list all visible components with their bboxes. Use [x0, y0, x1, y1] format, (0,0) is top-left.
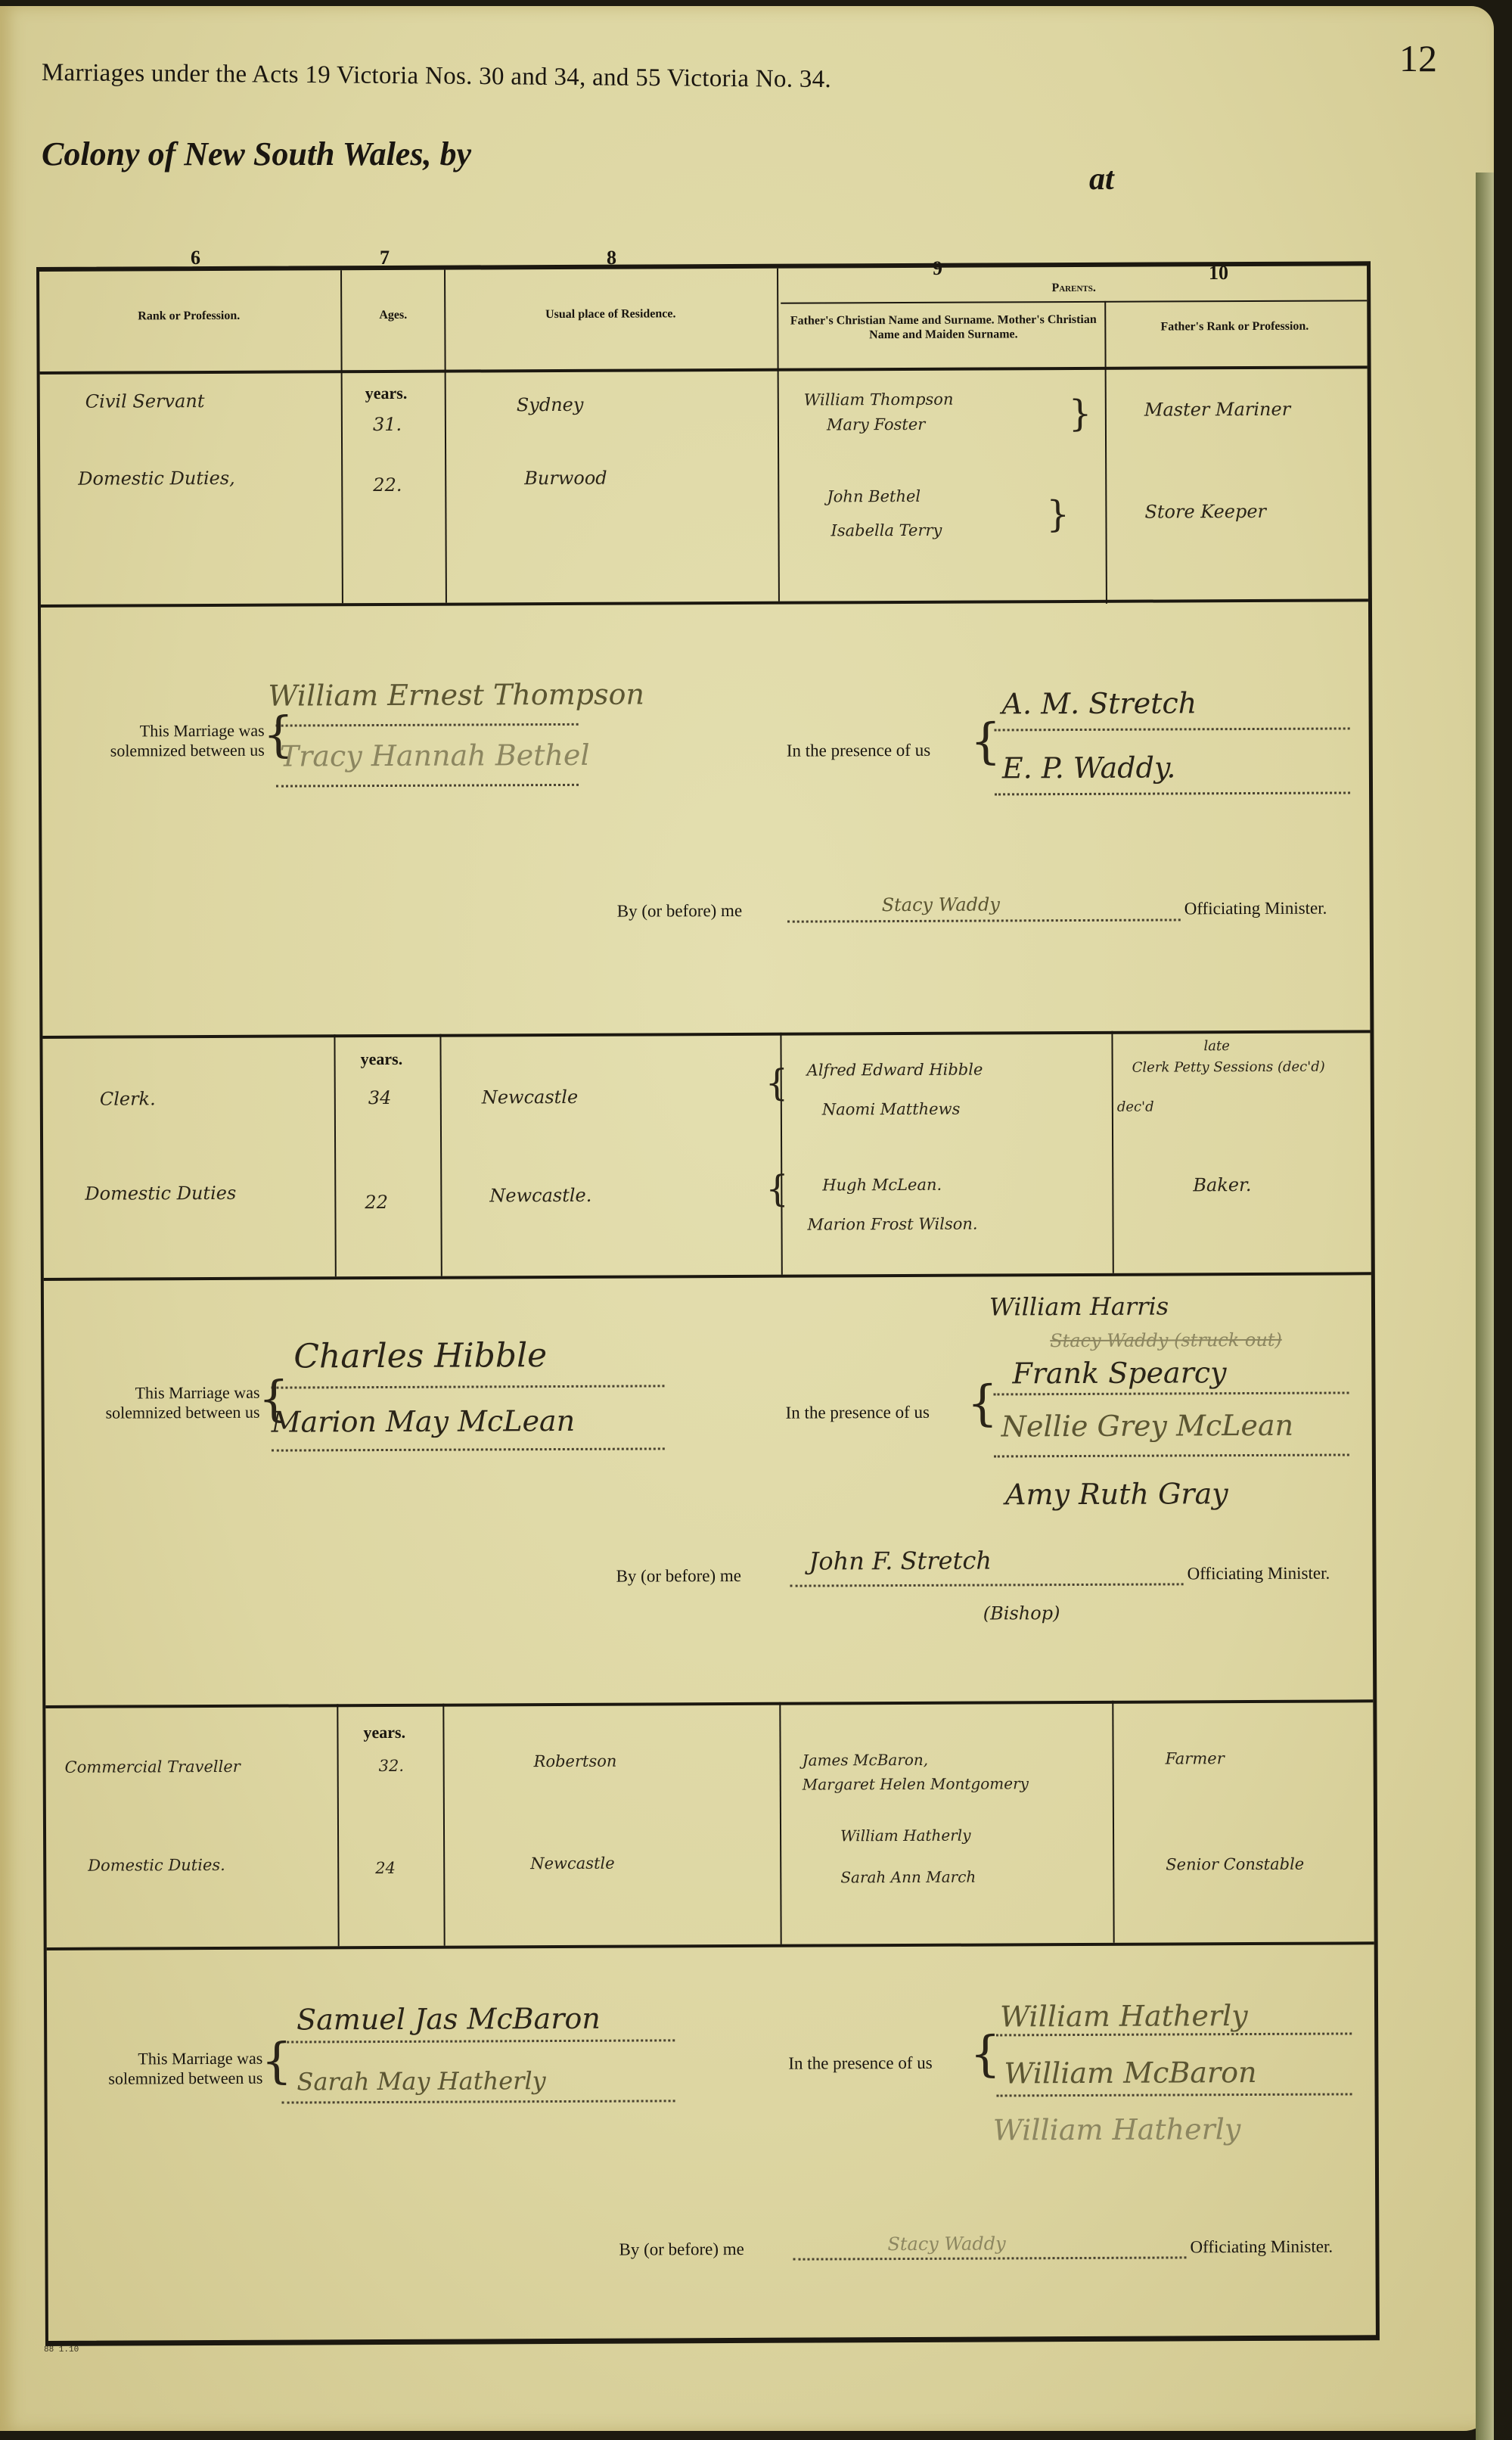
officiating-label: Officiating Minister.	[1190, 2237, 1333, 2258]
signature-line	[276, 723, 579, 727]
groom-father-rank: Master Mariner	[1144, 399, 1290, 421]
officiating-label: Officiating Minister.	[1187, 1564, 1330, 1584]
register-page: Marriages under the Acts 19 Victoria Nos…	[0, 6, 1494, 2431]
divider	[1112, 1701, 1114, 1943]
groom-residence: Sydney	[517, 394, 584, 415]
parents-brace: {	[765, 1165, 789, 1214]
signature-line	[995, 727, 1350, 731]
label-line: solemnized between us	[47, 2069, 262, 2089]
label-line: This Marriage was	[44, 1383, 259, 1403]
bride-age: 22	[365, 1192, 388, 1213]
entry-rule	[47, 1941, 1374, 1950]
minister-note: (Bishop)	[983, 1602, 1060, 1624]
solemnized-label: This Marriage was solemnized between us	[47, 2049, 262, 2089]
entry-rule	[41, 598, 1368, 608]
brace: {	[970, 717, 1001, 766]
bride-signature[interactable]: Marion May McLean	[272, 1404, 576, 1439]
groom-age: 32.	[379, 1757, 405, 1775]
bride-mother: Isabella Terry	[831, 521, 942, 540]
bride-father: John Bethel	[827, 487, 921, 506]
form-code: 88 1.10	[44, 2345, 79, 2355]
divider	[334, 1034, 336, 1276]
signature-line	[272, 1447, 665, 1451]
solemnized-label: This Marriage was solemnized between us	[44, 1383, 259, 1423]
groom-signature[interactable]: Charles Hibble	[293, 1336, 547, 1375]
groom-father-rank: Farmer	[1166, 1749, 1225, 1767]
father-rank-note: late	[1203, 1038, 1229, 1054]
years-label: years.	[363, 1723, 405, 1742]
divider	[777, 269, 780, 601]
years-label: years.	[361, 1049, 403, 1069]
brace: {	[261, 2037, 292, 2086]
groom-father: Alfred Edward Hibble	[807, 1061, 983, 1080]
bride-father: Hugh McLean.	[822, 1176, 942, 1195]
witness-signature[interactable]: Nellie Grey McLean	[1001, 1409, 1294, 1444]
presence-label: In the presence of us	[788, 2053, 932, 2074]
solemnized-label: This Marriage was solemnized between us	[42, 721, 265, 761]
divider	[442, 1704, 445, 1946]
officiating-label: Officiating Minister.	[1184, 899, 1327, 919]
by-me-label: By (or before) me	[619, 2240, 744, 2260]
bride-rank: Domestic Duties,	[78, 468, 235, 490]
register-table: Rank or Profession. Ages. Usual place of…	[36, 261, 1380, 2346]
signature-line	[996, 2032, 1352, 2036]
header-father-rank: Father's Rank or Profession.	[1106, 319, 1363, 334]
signature-line	[271, 1385, 664, 1388]
parents-brace: }	[1069, 390, 1092, 438]
label-line: solemnized between us	[45, 1403, 260, 1423]
minister-line	[787, 918, 1181, 922]
divider	[779, 1702, 781, 1944]
header-parents: Parents.	[781, 279, 1367, 296]
presence-label: In the presence of us	[786, 1403, 930, 1423]
header-residence: Usual place of Residence.	[448, 306, 773, 322]
minister-signature[interactable]: Stacy Waddy	[887, 2233, 1005, 2255]
brace: {	[967, 1379, 998, 1428]
bride-rank: Domestic Duties.	[88, 1856, 225, 1875]
witness-signature[interactable]: Amy Ruth Gray	[1005, 1477, 1228, 1511]
divider	[439, 1034, 442, 1276]
brace: {	[970, 2030, 1001, 2078]
entry-rule	[45, 1699, 1373, 1708]
bride-signature[interactable]: Sarah May Hatherly	[297, 2066, 545, 2096]
label-line: solemnized between us	[42, 741, 265, 761]
bride-residence: Newcastle.	[489, 1185, 591, 1207]
parents-brace: {	[765, 1059, 789, 1108]
bride-father: William Hatherly	[840, 1826, 971, 1845]
divider	[444, 270, 447, 603]
groom-age: 31.	[373, 414, 402, 435]
witness-signature[interactable]: William Hatherly	[1000, 1999, 1248, 2033]
bride-age: 24	[375, 1859, 396, 1877]
groom-age: 34	[368, 1087, 392, 1108]
minister-line	[793, 2256, 1186, 2260]
at-label: at	[1089, 161, 1114, 197]
groom-residence: Robertson	[534, 1752, 617, 1770]
groom-rank: Commercial Traveller	[65, 1758, 241, 1776]
header-bottom-rule	[40, 365, 1368, 375]
minister-line	[790, 1583, 1184, 1587]
parents-divider	[781, 300, 1367, 303]
signature-line	[281, 2039, 675, 2043]
bride-father-rank: Baker.	[1193, 1174, 1251, 1195]
witness-signature[interactable]: William McBaron	[1004, 2056, 1256, 2090]
divider	[1104, 301, 1107, 604]
signature-line	[997, 2093, 1352, 2097]
header-parent-names: Father's Christian Name and Surname. Mot…	[784, 312, 1102, 343]
groom-father-rank: Clerk Petty Sessions (dec'd)	[1132, 1059, 1325, 1076]
divider	[337, 1704, 339, 1946]
act-heading: Marriages under the Acts 19 Victoria Nos…	[42, 59, 831, 94]
header-rank: Rank or Profession.	[39, 308, 338, 324]
witness-signature[interactable]: E. P. Waddy.	[1002, 751, 1176, 785]
mother-note: dec'd	[1117, 1099, 1154, 1115]
signature-line	[994, 1391, 1349, 1395]
witness-signature[interactable]: William Harris	[989, 1291, 1169, 1321]
struck-witness: Stacy Waddy (struck out)	[1050, 1329, 1282, 1351]
years-label: years.	[365, 384, 408, 403]
groom-residence: Newcastle	[482, 1086, 578, 1108]
signature-line	[994, 1453, 1349, 1457]
entry-rule	[42, 1030, 1370, 1039]
bride-age: 22.	[373, 474, 402, 496]
minister-signature[interactable]: Stacy Waddy	[882, 894, 1000, 915]
page-number: 12	[1399, 36, 1437, 80]
bride-father-rank: Senior Constable	[1166, 1855, 1304, 1874]
bride-mother: Sarah Ann March	[840, 1868, 976, 1887]
groom-rank: Civil Servant	[85, 390, 205, 412]
entry-rule	[44, 1272, 1371, 1281]
label-line: This Marriage was	[42, 721, 265, 741]
by-me-label: By (or before) me	[617, 901, 743, 922]
by-me-label: By (or before) me	[616, 1566, 742, 1587]
groom-mother: Naomi Matthews	[822, 1100, 961, 1119]
book-edge	[1476, 173, 1494, 2440]
signature-line	[282, 2100, 675, 2103]
signature-line	[276, 784, 579, 788]
groom-rank: Clerk.	[100, 1088, 156, 1109]
groom-father: William Thompson	[804, 390, 954, 409]
colony-heading: Colony of New South Wales, by	[42, 135, 471, 173]
groom-mother: Mary Foster	[827, 415, 925, 434]
bride-residence: Newcastle	[530, 1854, 615, 1873]
divider	[1111, 1031, 1113, 1273]
signature-line	[995, 791, 1350, 795]
witness-signature[interactable]: Frank Spearcy	[1012, 1356, 1226, 1390]
bride-mother: Marion Frost Wilson.	[807, 1215, 977, 1234]
groom-father: James McBaron,	[803, 1751, 929, 1770]
parents-brace: }	[1046, 490, 1070, 539]
presence-label: In the presence of us	[787, 741, 930, 761]
witness-signature[interactable]: William Hatherly	[993, 2112, 1241, 2146]
minister-signature[interactable]: John F. Stretch	[809, 1546, 992, 1576]
groom-signature[interactable]: Samuel Jas McBaron	[297, 2002, 601, 2037]
witness-signature[interactable]: A. M. Stretch	[1001, 686, 1197, 720]
groom-signature[interactable]: William Ernest Thompson	[268, 677, 644, 712]
header-ages: Ages.	[342, 308, 444, 323]
bride-rank: Domestic Duties	[85, 1183, 236, 1204]
groom-mother: Margaret Helen Montgomery	[803, 1774, 1029, 1793]
bride-residence: Burwood	[524, 468, 607, 489]
label-line: This Marriage was	[47, 2049, 262, 2069]
bride-signature[interactable]: Tracy Hannah Bethel	[280, 738, 590, 773]
bride-father-rank: Store Keeper	[1144, 501, 1266, 523]
